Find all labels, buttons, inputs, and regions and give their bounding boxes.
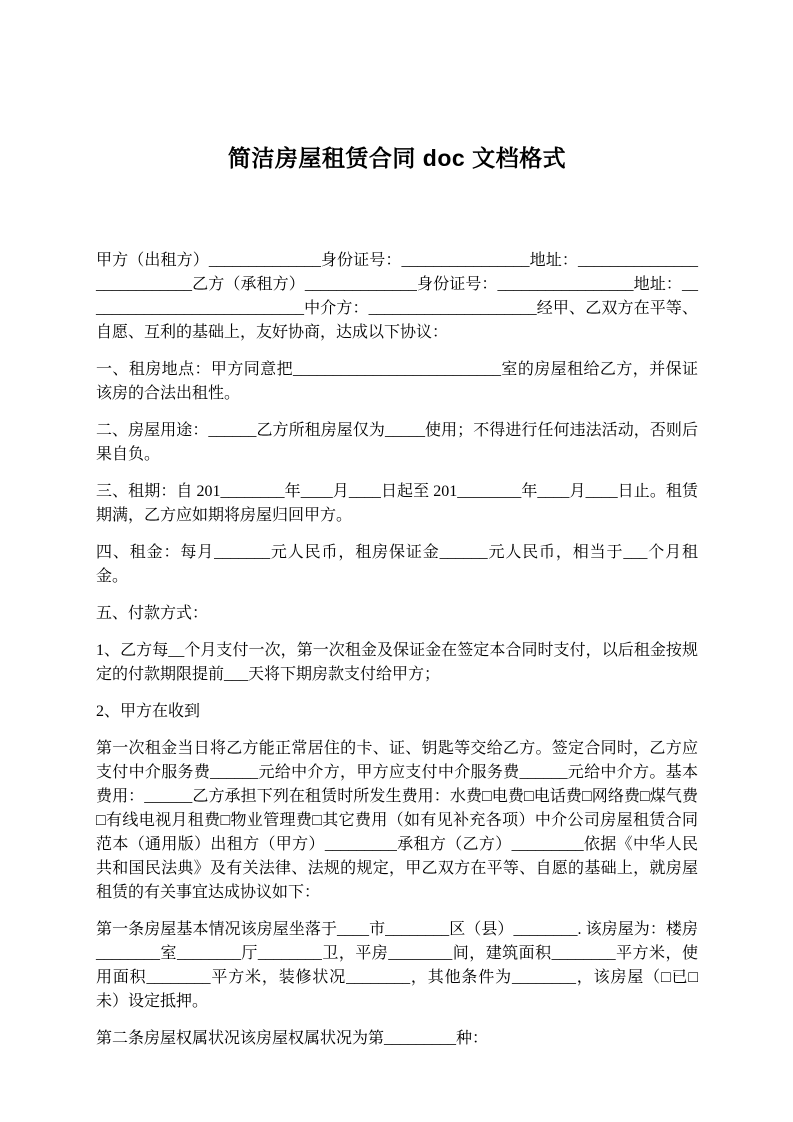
paragraph: 四、租金：每月_______元人民币，租房保证金______元人民币，相当于__… (96, 541, 698, 589)
paragraph: 三、租期：自 201________年____月____日起至 201_____… (96, 480, 698, 528)
paragraph: 五、付款方式： (96, 602, 698, 626)
paragraph: 二、房屋用途：______乙方所租房屋仅为_____使用；不得进行任何违法活动，… (96, 419, 698, 467)
paragraph: 第一次租金当日将乙方能正常居住的卡、证、钥匙等交给乙方。签定合同时，乙方应支付中… (96, 737, 698, 905)
paragraph: 甲方（出租方）______________身份证号：______________… (96, 249, 698, 345)
paragraph: 2、甲方在收到 (96, 700, 698, 724)
document-page: 简洁房屋租赁合同 doc 文档格式 甲方（出租方）______________身… (0, 0, 793, 1122)
document-body: 甲方（出租方）______________身份证号：______________… (96, 249, 698, 1051)
document-title: 简洁房屋租赁合同 doc 文档格式 (96, 140, 698, 173)
paragraph: 一、租房地点：甲方同意把__________________________室的… (96, 358, 698, 406)
paragraph: 第一条房屋基本情况该房屋坐落于____市________区（县）________… (96, 918, 698, 1014)
paragraph: 1、乙方每__个月支付一次，第一次租金及保证金在签定本合同时支付，以后租金按规定… (96, 639, 698, 687)
paragraph: 第二条房屋权属状况该房屋权属状况为第_________种： (96, 1027, 698, 1051)
